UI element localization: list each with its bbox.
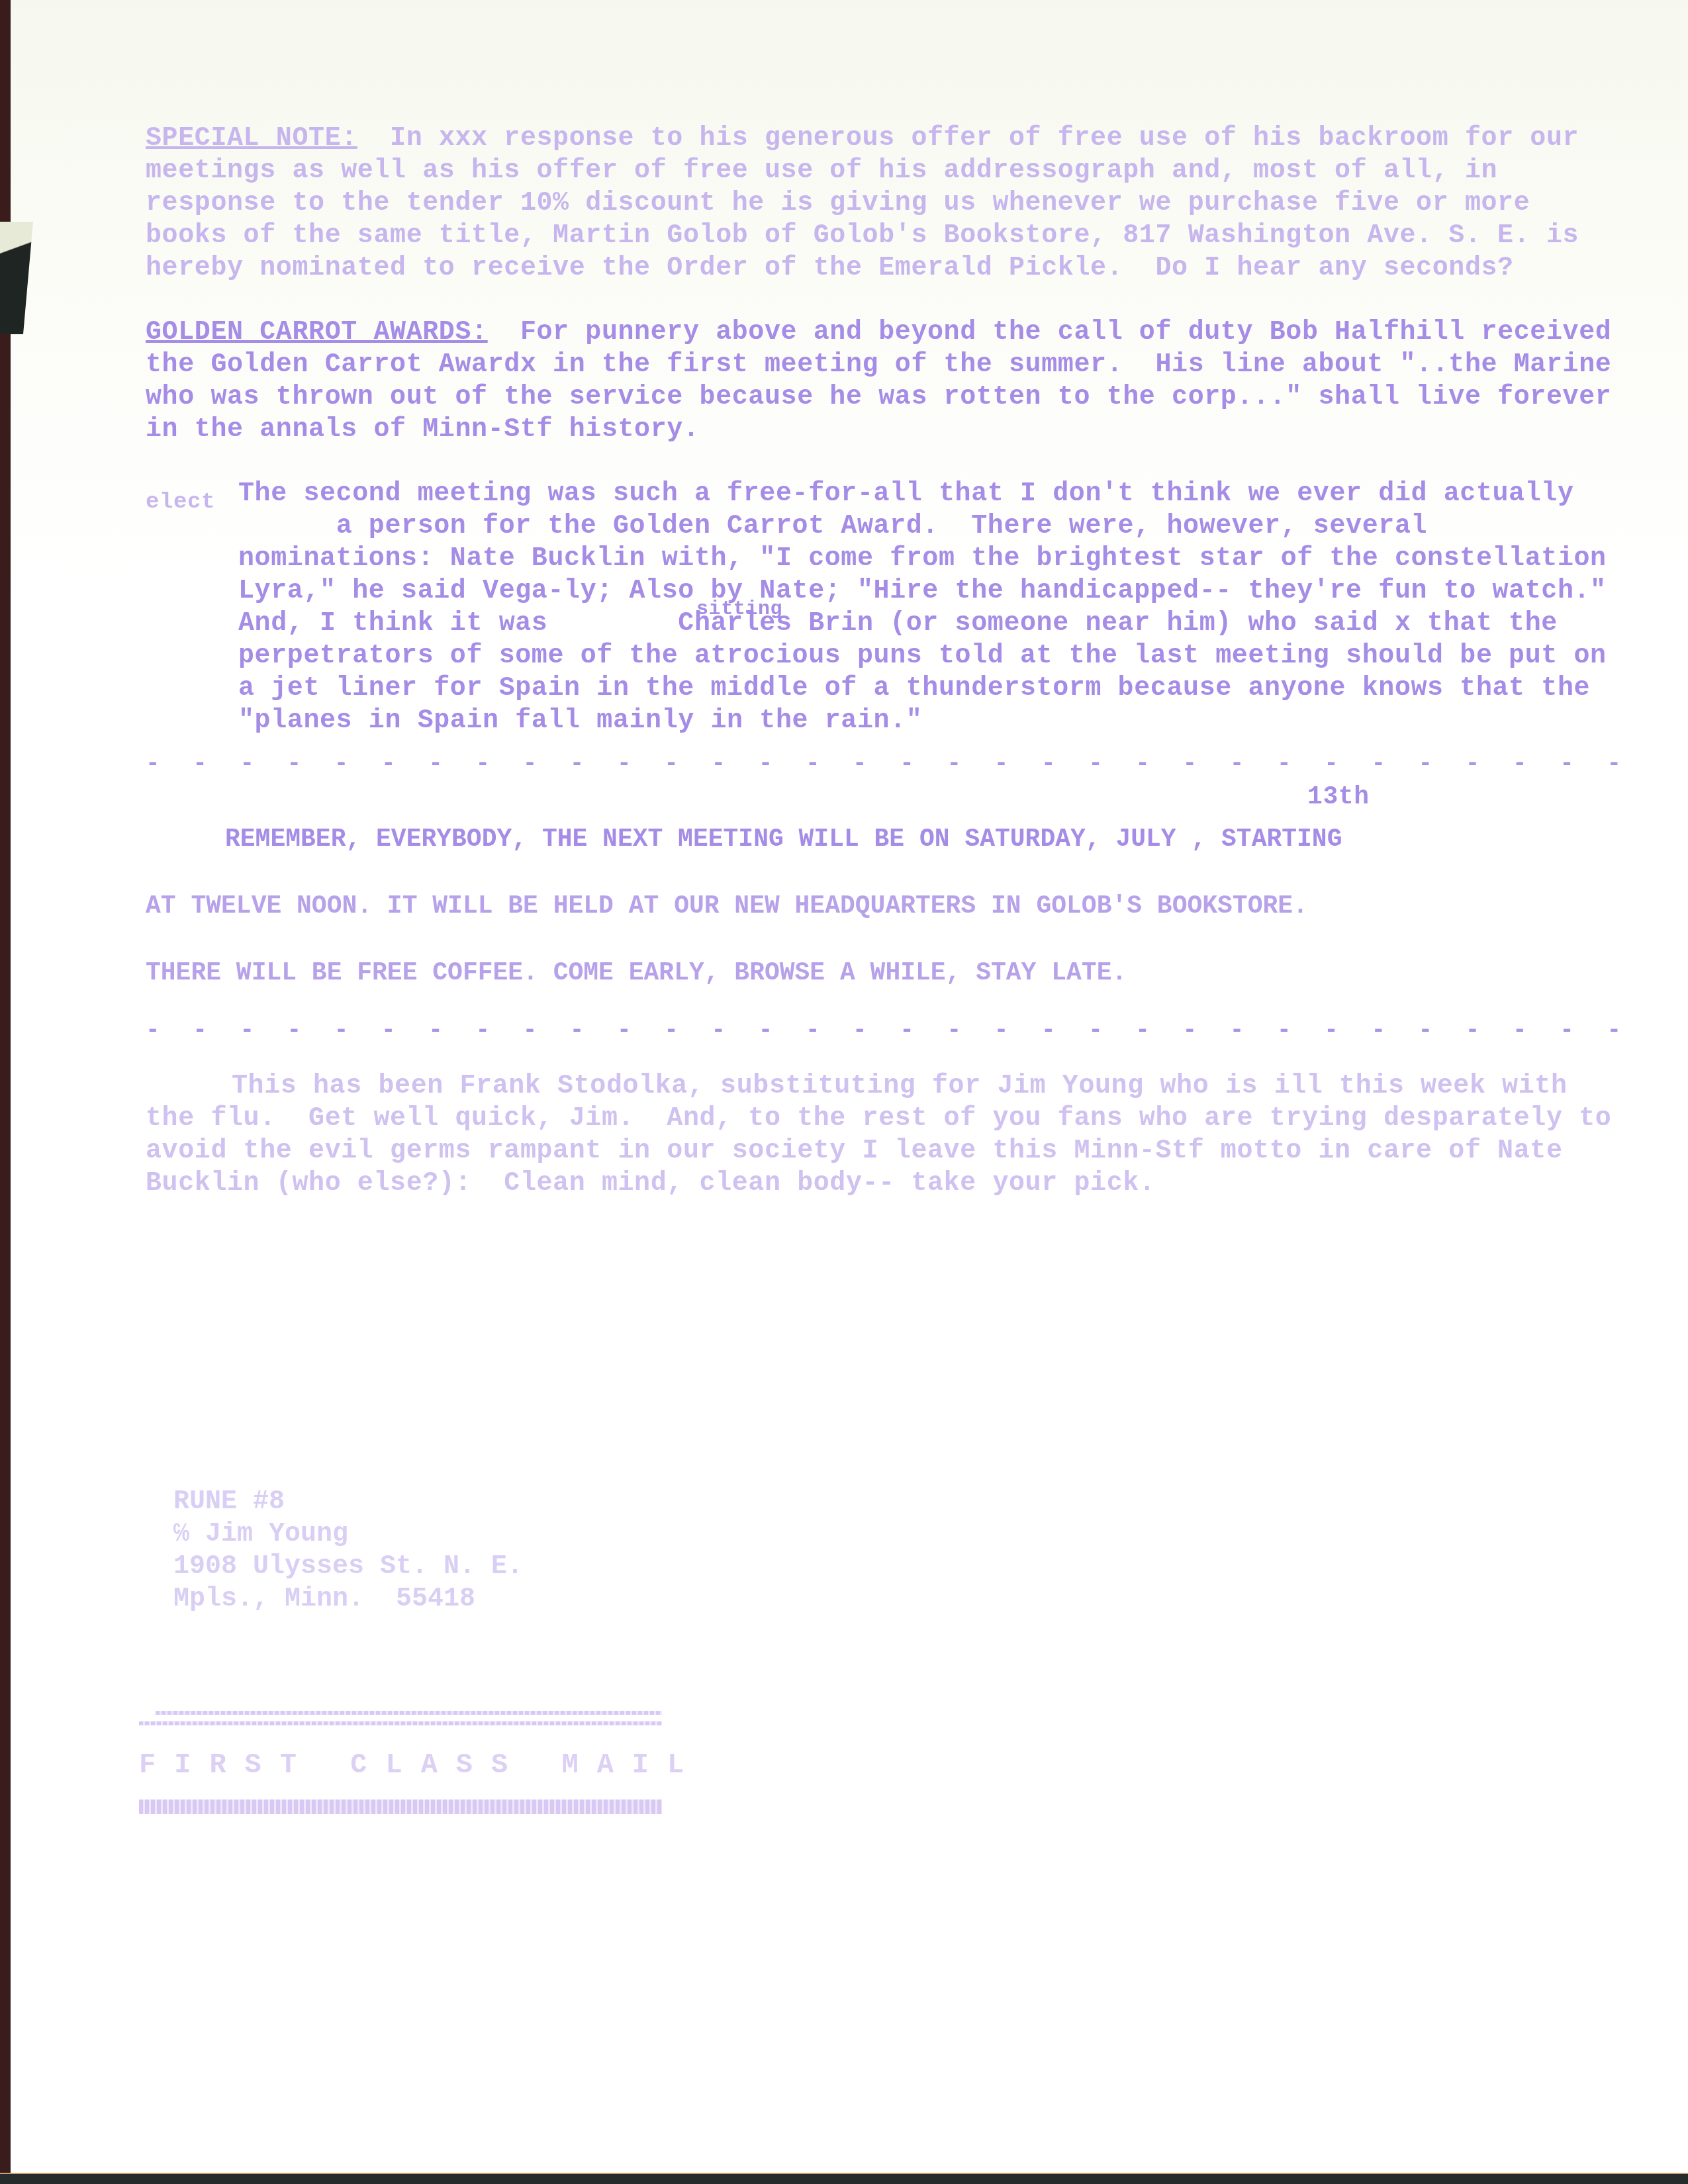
date-insert-13th: 13th — [1307, 785, 1370, 810]
golden-carrot-heading: GOLDEN CARROT AWARDS: — [146, 318, 488, 347]
mail-rule-bottom — [139, 1799, 662, 1814]
return-address: RUNE #8℅ Jim Young1908 Ulysses St. N. E.… — [173, 1486, 523, 1615]
special-note-text: In xxx response to his generous offer of… — [146, 124, 1595, 283]
notice-line-1: REMEMBER, EVERYBODY, THE NEXT MEETING WI… — [146, 823, 1622, 856]
second-meeting-text: The second meeting was such a free-for-a… — [238, 479, 1639, 736]
scan-bottom-edge — [0, 2173, 1688, 2184]
address-line-1: RUNE #8 — [173, 1486, 523, 1518]
insert-sitting: sitting — [696, 598, 782, 621]
mail-rule-top-2 — [139, 1721, 662, 1725]
first-class-mail-stamp: FIRST CLASS MAIL — [139, 1711, 662, 1821]
special-note-paragraph: SPECIAL NOTE: In xxx response to his gen… — [146, 122, 1622, 285]
second-meeting-block: elect sitting The second meeting was suc… — [146, 478, 1622, 737]
meeting-notice: 13th REMEMBER, EVERYBODY, THE NEXT MEETI… — [146, 823, 1622, 989]
dashed-divider-bottom: - - - - - - - - - - - - - - - - - - - - … — [146, 1017, 1622, 1044]
mail-class-label: FIRST CLASS MAIL — [139, 1732, 662, 1799]
address-line-2: ℅ Jim Young — [173, 1518, 523, 1551]
second-meeting-paragraph: The second meeting was such a free-for-a… — [146, 478, 1622, 737]
mail-rule-top-1 — [156, 1711, 662, 1715]
address-line-3: 1908 Ulysses St. N. E. — [173, 1551, 523, 1583]
golden-carrot-paragraph: GOLDEN CARROT AWARDS: For punnery above … — [146, 316, 1622, 446]
document-body: SPECIAL NOTE: In xxx response to his gen… — [146, 122, 1622, 1232]
signoff-paragraph: This has been Frank Stodolka, substituti… — [146, 1070, 1622, 1200]
address-line-4: Mpls., Minn. 55418 — [173, 1583, 523, 1615]
margin-insert-elect: elect — [146, 491, 215, 514]
signoff-text: This has been Frank Stodolka, substituti… — [146, 1071, 1628, 1199]
notice-line-2: AT TWELVE NOON. IT WILL BE HELD AT OUR N… — [146, 890, 1622, 923]
notice-line-3: THERE WILL BE FREE COFFEE. COME EARLY, B… — [146, 957, 1622, 989]
special-note-heading: SPECIAL NOTE: — [146, 124, 357, 154]
dashed-divider-top: - - - - - - - - - - - - - - - - - - - - … — [146, 751, 1622, 777]
